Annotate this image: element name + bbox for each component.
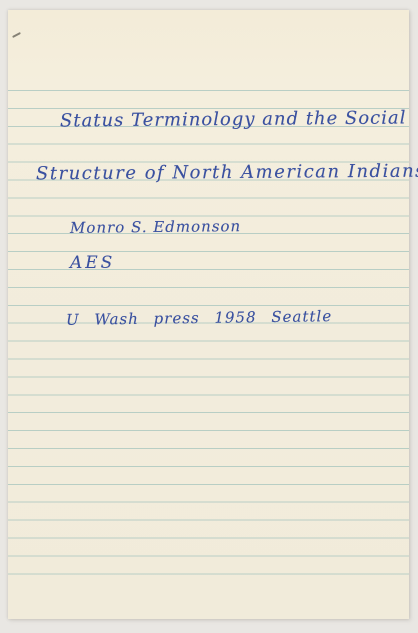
handwritten-publisher-year-city: U Wash press 1958 Seattle <box>66 307 332 329</box>
scan-background: Status Terminology and the Social Struct… <box>0 0 418 633</box>
handwritten-author: Monro S. Edmonson <box>70 217 241 237</box>
pen-mark-icon <box>12 32 21 38</box>
note-card: Status Terminology and the Social Struct… <box>8 10 409 619</box>
handwritten-title-line-1: Status Terminology and the Social <box>60 107 407 131</box>
handwritten-title-line-2: Structure of North American Indians <box>36 161 418 185</box>
handwritten-society-abbrev: AES <box>70 253 115 273</box>
